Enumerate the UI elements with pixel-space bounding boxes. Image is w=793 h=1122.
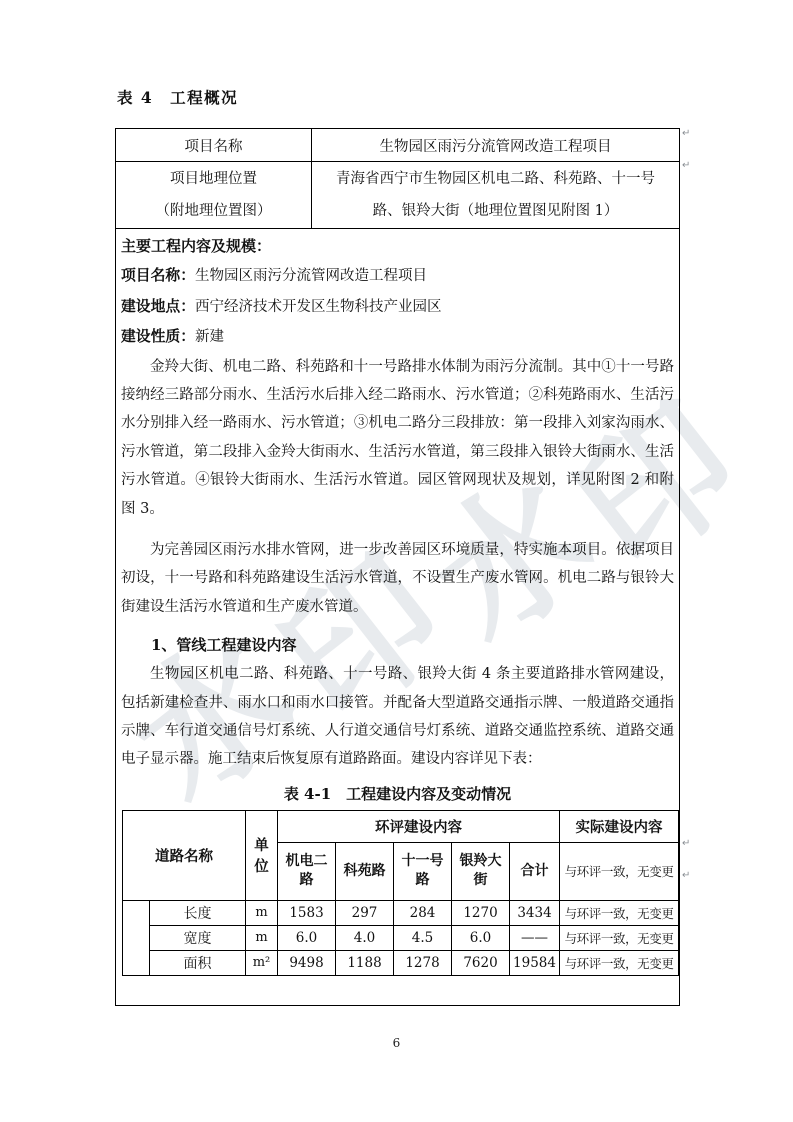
page-number: 6 (0, 1036, 793, 1050)
field-value: 新建 (195, 329, 224, 345)
field-label: 建设性质： (121, 328, 195, 345)
project-location-value: 青海省西宁市生物园区机电二路、科苑路、十一号 路、银羚大街（地理位置图见附图 1… (312, 162, 680, 229)
value-cell: 284 (394, 900, 452, 925)
construction-content-table: 道路名称 单位 环评建设内容 实际建设内容 机电二路 科苑路 十一号路 银羚大街 (122, 810, 679, 976)
value-cell: 1278 (394, 950, 452, 975)
field-construction-site: 建设地点：西宁经济技术开发区生物科技产业园区 (121, 292, 674, 323)
paragraph-project-purpose: 为完善园区雨污水排水管网，进一步改善园区环境质量，特实施本项目。依据项目初设，十… (121, 536, 674, 621)
unit-cell: m² (246, 950, 278, 975)
table-row: 项目地理位置 （附地理位置图） 青海省西宁市生物园区机电二路、科苑路、十一号 路… (116, 162, 680, 229)
paragraph-return-mark: ↵ (682, 160, 690, 171)
location-label-line2: （附地理位置图） (116, 195, 311, 227)
col-total: 合计 (510, 842, 560, 900)
paragraph-return-mark: ↵ (682, 128, 690, 139)
table-row-area: 面积 m² 9498 1188 1278 7620 19584 与环评一致，无变… (123, 950, 679, 975)
table-row: 主要工程内容及规模： 项目名称：生物园区雨污分流管网改造工程项目 建设地点：西宁… (116, 229, 680, 1006)
unit-cell: m (246, 925, 278, 950)
col-road-jidian2: 机电二路 (278, 842, 336, 900)
paragraph-drainage-system: 金羚大街、机电二路、科苑路和十一号路排水体制为雨污分流制。其中①十一号路接纳经三… (121, 353, 674, 523)
heading-pipeline-construction: 1、管线工程建设内容 (121, 631, 674, 660)
value-cell: 1583 (278, 900, 336, 925)
location-value-line1: 青海省西宁市生物园区机电二路、科苑路、十一号 (312, 163, 679, 195)
remark-cell: 与环评一致，无变更 (560, 900, 679, 925)
field-value: 生物园区雨污分流管网改造工程项目 (195, 268, 427, 284)
col-actual-content: 实际建设内容 (560, 810, 679, 842)
paragraph-construction-content: 生物园区机电二路、科苑路、十一号路、银羚大街 4 条主要道路排水管网建设，包括新… (121, 660, 674, 774)
value-cell: 1188 (336, 950, 394, 975)
actual-content-value: 与环评一致，无变更 (560, 842, 679, 900)
remark-cell: 与环评一致，无变更 (560, 925, 679, 950)
project-name-label: 项目名称 (116, 129, 312, 162)
paragraph-return-mark: ↵ (682, 838, 690, 849)
location-label-line1: 项目地理位置 (116, 163, 311, 195)
value-cell: 4.5 (394, 925, 452, 950)
table-row-length: 长度 m 1583 297 284 1270 3434 与环评一致，无变更 (123, 900, 679, 925)
table4-title: 表 4 工程概况 (117, 86, 238, 108)
col-road-yinling: 银羚大街 (452, 842, 510, 900)
unit-cell: m (246, 900, 278, 925)
row-label: 面积 (150, 950, 246, 975)
field-label: 建设地点： (121, 298, 195, 315)
field-value: 西宁经济技术开发区生物科技产业园区 (195, 299, 442, 315)
location-value-line2: 路、银羚大街（地理位置图见附图 1） (312, 195, 679, 227)
value-cell: 3434 (510, 900, 560, 925)
field-project-name: 项目名称：生物园区雨污分流管网改造工程项目 (121, 261, 674, 292)
field-label: 项目名称： (121, 267, 195, 284)
col-road-name: 道路名称 (123, 810, 246, 900)
document-page: 水 印 水 印 表 4 工程概况 ↵ ↵ ↵ ↵ 项目名称 生物园区雨污分流管网… (0, 0, 793, 1122)
main-content-cell: 主要工程内容及规模： 项目名称：生物园区雨污分流管网改造工程项目 建设地点：西宁… (116, 229, 680, 1006)
table-header-row: 道路名称 单位 环评建设内容 实际建设内容 (123, 810, 679, 842)
value-cell: 4.0 (336, 925, 394, 950)
table41-caption: 表 4-1 工程建设内容及变动情况 (121, 782, 674, 806)
table-row: 项目名称 生物园区雨污分流管网改造工程项目 (116, 129, 680, 162)
value-cell: 1270 (452, 900, 510, 925)
value-cell: 7620 (452, 950, 510, 975)
value-cell: 6.0 (452, 925, 510, 950)
value-cell: 19584 (510, 950, 560, 975)
project-name-value: 生物园区雨污分流管网改造工程项目 (312, 129, 680, 162)
main-content: 主要工程内容及规模： 项目名称：生物园区雨污分流管网改造工程项目 建设地点：西宁… (116, 229, 679, 1005)
row-label: 长度 (150, 900, 246, 925)
value-cell: —— (510, 925, 560, 950)
section-title: 主要工程内容及规模： (121, 232, 674, 261)
paragraph-return-mark: ↵ (682, 870, 690, 881)
value-cell: 6.0 (278, 925, 336, 950)
value-cell: 9498 (278, 950, 336, 975)
row-label: 宽度 (150, 925, 246, 950)
col-road-keyuan: 科苑路 (336, 842, 394, 900)
road-works-spanner-cell (123, 900, 150, 975)
field-construction-nature: 建设性质：新建 (121, 322, 674, 353)
remark-cell: 与环评一致，无变更 (560, 950, 679, 975)
project-location-label: 项目地理位置 （附地理位置图） (116, 162, 312, 229)
table-row-width: 宽度 m 6.0 4.0 4.5 6.0 —— 与环评一致，无变更 (123, 925, 679, 950)
col-unit: 单位 (246, 810, 278, 900)
col-road-no11: 十一号路 (394, 842, 452, 900)
project-overview-table: 项目名称 生物园区雨污分流管网改造工程项目 项目地理位置 （附地理位置图） 青海… (115, 128, 680, 1006)
col-eia-content: 环评建设内容 (278, 810, 560, 842)
value-cell: 297 (336, 900, 394, 925)
